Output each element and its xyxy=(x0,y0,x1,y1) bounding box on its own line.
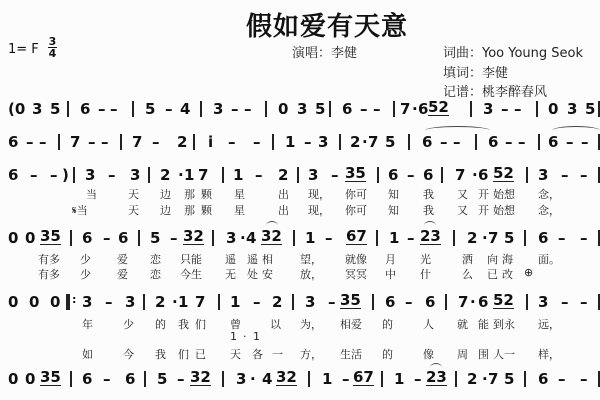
note: 6 xyxy=(548,133,558,151)
note: 6 xyxy=(388,166,398,184)
lyric-word: 始想 xyxy=(493,202,515,218)
time-signature: 3 4 xyxy=(48,36,57,59)
lyric-word: 月 xyxy=(385,251,396,267)
notation-row: (0356––5–43––0356––7·6523––035 xyxy=(0,100,600,118)
barline xyxy=(372,294,374,310)
lyric-word: 少 xyxy=(80,266,91,282)
note: 6 xyxy=(538,370,548,388)
note: – xyxy=(255,166,263,184)
notation-row: 6––7––7–2i––1–32·756––6––6–– xyxy=(0,133,600,151)
note: 7 xyxy=(368,133,378,151)
lyric-word: 洒 xyxy=(462,251,473,267)
note: 1 xyxy=(394,370,404,388)
note: 3 xyxy=(305,293,315,311)
page-title: 假如爱有天意 xyxy=(246,6,408,43)
note: – xyxy=(561,166,569,184)
lyric-word: 处 xyxy=(247,266,258,282)
note: 6 xyxy=(538,229,548,247)
note: 5 xyxy=(385,133,395,151)
lyric-word: 生活 xyxy=(340,346,362,362)
barline xyxy=(445,294,447,310)
note: · xyxy=(250,370,256,388)
note: 5 xyxy=(150,229,160,247)
note: – xyxy=(231,100,239,118)
note: – xyxy=(331,166,339,184)
barline xyxy=(329,101,331,117)
composer-credit: 词曲：Yoo Young Seok xyxy=(443,42,583,61)
tie-arc xyxy=(425,126,490,135)
key-signature: 1= F xyxy=(8,42,39,57)
repeat-barline xyxy=(66,294,70,310)
barline xyxy=(393,101,395,117)
lyric-word: 天 xyxy=(128,202,139,218)
lyric-word: 今 xyxy=(123,346,134,362)
barline xyxy=(526,294,528,310)
barline xyxy=(381,371,383,387)
barline xyxy=(297,167,299,183)
note: 6 xyxy=(342,100,352,118)
note: 4 xyxy=(180,100,190,118)
lyric-word: 今生 xyxy=(180,266,202,282)
barline xyxy=(272,134,274,150)
lyric-word: 我 xyxy=(155,346,166,362)
barline xyxy=(524,371,526,387)
note: 6 xyxy=(125,370,135,388)
barline xyxy=(308,371,310,387)
lyric-word: 少 xyxy=(80,251,91,267)
note: 5 xyxy=(157,370,167,388)
note: 7 xyxy=(195,293,205,311)
lyric-line: 当天边那颗星出现，你可知我又开始想念， xyxy=(0,186,600,200)
note: 7 xyxy=(400,100,410,118)
lyric-word: 一 xyxy=(272,346,283,362)
barline xyxy=(453,230,455,246)
lyric-line: 𝄋当天边那颗星出现，你可知我又开始想念， xyxy=(0,202,600,216)
lyric-word: 那 xyxy=(184,186,195,202)
note: 1 xyxy=(184,166,194,184)
barline xyxy=(193,134,195,150)
lyric-word: 边 xyxy=(160,186,171,202)
note: 0 xyxy=(25,370,35,388)
note: – xyxy=(405,293,413,311)
barline xyxy=(339,134,341,150)
lyric-word: 知 xyxy=(388,186,399,202)
lyricist-credit: 填词：李健 xyxy=(443,62,508,81)
barline xyxy=(222,371,224,387)
note: 35 xyxy=(40,370,61,386)
note: 2 xyxy=(350,133,360,151)
note: 6 xyxy=(478,166,488,184)
note: 6 xyxy=(118,229,128,247)
barline xyxy=(70,371,72,387)
note: 2 xyxy=(467,229,477,247)
note: 6 xyxy=(478,293,488,311)
barline xyxy=(218,294,220,310)
lyric-word: 1 xyxy=(253,330,260,343)
note: – xyxy=(88,133,96,151)
note: 3 xyxy=(125,293,135,311)
lyric-line: 有多少爱恋今生无处安放，冥冥中什么已改⊕ xyxy=(0,266,600,280)
note: 3 xyxy=(567,100,577,118)
note: 2 xyxy=(160,166,170,184)
note: – xyxy=(558,229,566,247)
note: · xyxy=(240,229,246,247)
barline xyxy=(408,134,410,150)
barline xyxy=(524,230,526,246)
lyric-word: 么 xyxy=(462,266,473,282)
note: 1 xyxy=(322,370,332,388)
note: · xyxy=(482,229,488,247)
note: 1 xyxy=(230,293,240,311)
note: 3 xyxy=(483,100,493,118)
lyric-word: 现， xyxy=(308,186,330,202)
note: i xyxy=(208,133,213,151)
lyric-word: 恋 xyxy=(150,266,161,282)
barline xyxy=(598,167,600,183)
lyric-word: 向 xyxy=(487,251,498,267)
tie-arc xyxy=(430,363,442,372)
note: 3 xyxy=(85,166,95,184)
lyric-word: 念， xyxy=(538,186,560,202)
barline xyxy=(200,101,202,117)
barline xyxy=(148,167,150,183)
barline xyxy=(598,230,600,246)
note: – xyxy=(39,133,47,151)
note: – xyxy=(304,133,312,151)
note: 2 xyxy=(278,166,288,184)
lyric-word: 开 xyxy=(478,186,489,202)
lyric-word: 你可 xyxy=(345,186,367,202)
lyric-word: 那 xyxy=(184,202,195,218)
note: – xyxy=(558,370,566,388)
note: · xyxy=(412,100,418,118)
note: – xyxy=(580,293,588,311)
barline xyxy=(138,230,140,246)
lyric-word: 星 xyxy=(234,202,245,218)
note: 6 xyxy=(385,293,395,311)
lyric-word: 有多 xyxy=(38,251,60,267)
lyric-word: 光 xyxy=(420,251,431,267)
note: – xyxy=(580,229,588,247)
lyric-word: 无 xyxy=(225,266,236,282)
note: 67 xyxy=(353,370,374,386)
note: – xyxy=(407,166,415,184)
lyric-word: 相 xyxy=(262,251,273,267)
note: · xyxy=(178,166,184,184)
lyric-word: 围 xyxy=(478,346,489,362)
lyric-word: 就像 xyxy=(345,251,367,267)
note: 23 xyxy=(420,229,441,245)
note: 52 xyxy=(493,166,514,182)
lyric-line: 如今我们已天各一方，生活的像周围人一样， xyxy=(0,346,600,360)
note: 1 xyxy=(305,229,315,247)
lyric-word: 冥冥 xyxy=(345,266,367,282)
singer-credit: 演唱：李健 xyxy=(292,42,357,61)
tie-arc xyxy=(424,221,436,230)
barline xyxy=(377,167,379,183)
notation-row: 00356–65–323·4321–671–232·756–– xyxy=(0,229,600,247)
note: 0 xyxy=(548,100,558,118)
note: 2 xyxy=(177,133,187,151)
note: 3 xyxy=(308,166,318,184)
note: – xyxy=(581,133,589,151)
note: 6 xyxy=(80,100,90,118)
lyric-word: 什 xyxy=(420,266,431,282)
note: – xyxy=(514,100,522,118)
note: 6 xyxy=(82,370,92,388)
barline xyxy=(292,294,294,310)
lyric-word: 改 xyxy=(502,266,513,282)
note: · xyxy=(172,293,178,311)
barline xyxy=(598,134,600,150)
note: 3 xyxy=(130,166,140,184)
barline xyxy=(132,101,134,117)
lyric-word: 现， xyxy=(308,202,330,218)
lyric-word: 开 xyxy=(478,202,489,218)
barline xyxy=(598,371,600,387)
note: 5 xyxy=(585,100,595,118)
note: · xyxy=(482,370,488,388)
note: 35 xyxy=(40,229,61,245)
note: 6 xyxy=(422,133,432,151)
barline xyxy=(598,101,600,117)
note: – xyxy=(325,229,333,247)
note: – xyxy=(177,370,185,388)
note: 5 xyxy=(504,370,514,388)
lyric-word: 1 xyxy=(230,330,237,343)
lyric-word: 我 xyxy=(423,202,434,218)
note: 23 xyxy=(426,370,447,386)
repeat-colon: : xyxy=(72,293,76,306)
note: – xyxy=(103,370,111,388)
note: (0 xyxy=(8,100,25,118)
time-signature-bottom: 4 xyxy=(48,48,57,59)
note: – xyxy=(108,166,116,184)
note: 2 xyxy=(272,293,282,311)
note: 3 xyxy=(538,166,548,184)
lyric-word: 天 xyxy=(128,186,139,202)
note: – xyxy=(30,166,38,184)
note: – xyxy=(50,166,58,184)
note: 3 xyxy=(82,293,92,311)
note: 4 xyxy=(246,229,256,247)
note: 52 xyxy=(493,293,514,309)
lyric-word: 已 xyxy=(195,346,206,362)
note: 5 xyxy=(50,100,60,118)
note: 5 xyxy=(315,100,325,118)
note: 0 xyxy=(50,293,60,311)
lyric-word: 安 xyxy=(262,266,273,282)
note: – xyxy=(360,100,368,118)
note: 0 xyxy=(25,229,35,247)
lyric-word: 边 xyxy=(160,202,171,218)
note: – xyxy=(328,293,336,311)
time-signature-top: 3 xyxy=(48,36,57,47)
note: 32 xyxy=(276,370,297,386)
note: 32 xyxy=(183,229,204,245)
note: 7 xyxy=(70,133,80,151)
barline xyxy=(470,101,472,117)
note: – xyxy=(440,133,448,151)
note: – xyxy=(26,133,34,151)
note: – xyxy=(103,229,111,247)
lyric-word: 出 xyxy=(278,202,289,218)
note: 6 xyxy=(423,166,433,184)
note: 0 xyxy=(8,370,18,388)
note: 3 xyxy=(318,133,328,151)
lyric-word: 出 xyxy=(278,186,289,202)
barline xyxy=(538,134,540,150)
barline xyxy=(536,101,538,117)
note: – xyxy=(414,370,422,388)
lyric-word: 的 xyxy=(382,346,393,362)
lyric-word: 遥 xyxy=(247,251,258,267)
note: 6 xyxy=(8,133,18,151)
note: · xyxy=(470,293,476,311)
barline xyxy=(212,230,214,246)
note: 6 xyxy=(418,100,428,118)
note: · xyxy=(472,166,478,184)
note: – xyxy=(244,100,252,118)
lyric-line: 有多少爱恋只能遥遥相望，就像月光洒向海面。 xyxy=(0,251,600,265)
lyric-word: 又 xyxy=(457,186,468,202)
barline xyxy=(526,167,528,183)
note: – xyxy=(253,293,261,311)
lyric-word: 星 xyxy=(234,186,245,202)
lyric-word: 中 xyxy=(385,266,396,282)
lyric-word: 恋 xyxy=(150,251,161,267)
note: – xyxy=(170,229,178,247)
note: – xyxy=(453,133,461,151)
note: 3 xyxy=(236,370,246,388)
lyric-word: 放， xyxy=(300,266,322,282)
note: 6 xyxy=(82,229,92,247)
note: 35 xyxy=(345,166,366,182)
barline xyxy=(120,134,122,150)
barline xyxy=(222,167,224,183)
lyric-word: 海 xyxy=(502,251,513,267)
note: 35 xyxy=(340,293,361,309)
tie-arc xyxy=(552,126,600,135)
lyric-word: 知 xyxy=(388,202,399,218)
lyric-word: 𝄋当 xyxy=(72,202,88,218)
lyric-word: 样， xyxy=(538,346,560,362)
barline xyxy=(293,230,295,246)
note: 0 xyxy=(8,229,18,247)
lyric-word: 望， xyxy=(300,251,322,267)
notation-row: 000:3–32·171–23–356–67·6523–– xyxy=(0,293,600,311)
note: 7 xyxy=(455,166,465,184)
note: 5 xyxy=(145,100,155,118)
note: – xyxy=(505,133,513,151)
barline xyxy=(143,294,145,310)
note: 3 xyxy=(297,100,307,118)
note: 6 xyxy=(8,166,18,184)
note: – xyxy=(101,133,109,151)
note: 3 xyxy=(213,100,223,118)
lyric-word: 又 xyxy=(457,202,468,218)
note: 0 xyxy=(29,293,39,311)
note: – xyxy=(566,133,574,151)
lyric-word: 你可 xyxy=(345,202,367,218)
lyric-word: 周 xyxy=(457,346,468,362)
note: – xyxy=(253,133,261,151)
note: 6 xyxy=(425,293,435,311)
note: 5 xyxy=(504,229,514,247)
note: 7 xyxy=(198,166,208,184)
note: 4 xyxy=(262,370,272,388)
note: – xyxy=(228,133,236,151)
lyric-word: 颗 xyxy=(201,186,212,202)
note: – xyxy=(561,293,569,311)
lyric-word: 有多 xyxy=(38,266,60,282)
lyric-word: 们 xyxy=(178,346,189,362)
barline xyxy=(455,371,457,387)
lyric-word: 方， xyxy=(300,346,322,362)
lyric-word: · xyxy=(243,330,247,343)
note: – xyxy=(342,370,350,388)
note: 32 xyxy=(190,370,211,386)
lyric-word: 我 xyxy=(423,186,434,202)
barline xyxy=(70,230,72,246)
note: ) xyxy=(62,166,69,184)
note: 7 xyxy=(132,133,142,151)
barline xyxy=(376,230,378,246)
lyric-word: 始想 xyxy=(493,186,515,202)
note: 3 xyxy=(32,100,42,118)
lyric-word: ⊕ xyxy=(524,266,533,279)
lyric-word: 面。 xyxy=(538,251,560,267)
note: – xyxy=(580,370,588,388)
note: 2 xyxy=(467,370,477,388)
lyric-word: 人一 xyxy=(493,346,515,362)
tie-arc xyxy=(266,221,278,230)
note: – xyxy=(152,133,160,151)
note: – xyxy=(110,100,118,118)
lyric-word: 各 xyxy=(252,346,263,362)
notation-row: 00356–65–323·4321–671–232·756–– xyxy=(0,370,600,388)
note: 0 xyxy=(278,100,288,118)
note: 2 xyxy=(155,293,165,311)
note: 1 xyxy=(178,293,188,311)
note: 32 xyxy=(261,229,282,245)
barline xyxy=(441,167,443,183)
lyric-word: 当 xyxy=(86,186,97,202)
note: 1 xyxy=(233,166,243,184)
note: – xyxy=(518,133,526,151)
lyric-word: 已 xyxy=(487,266,498,282)
note: – xyxy=(373,100,381,118)
barline xyxy=(265,101,267,117)
notation-row: 6––)3–32·171–23–356–67·6523–– xyxy=(0,166,600,184)
lyric-word: 像 xyxy=(423,346,434,362)
lyric-word: 爱 xyxy=(117,251,128,267)
note: 1 xyxy=(389,229,399,247)
note: 3 xyxy=(226,229,236,247)
barline xyxy=(598,294,600,310)
note: 67 xyxy=(346,229,367,245)
note: – xyxy=(501,100,509,118)
lyric-word: 念， xyxy=(538,202,560,218)
note: 1 xyxy=(285,133,295,151)
barline xyxy=(475,134,477,150)
transcriber-credit: 记谱：桃李醉春风 xyxy=(443,81,547,100)
lyric-word: 如 xyxy=(82,346,93,362)
note: 52 xyxy=(428,100,449,116)
note: – xyxy=(165,100,173,118)
note: 3 xyxy=(538,293,548,311)
note: – xyxy=(105,293,113,311)
